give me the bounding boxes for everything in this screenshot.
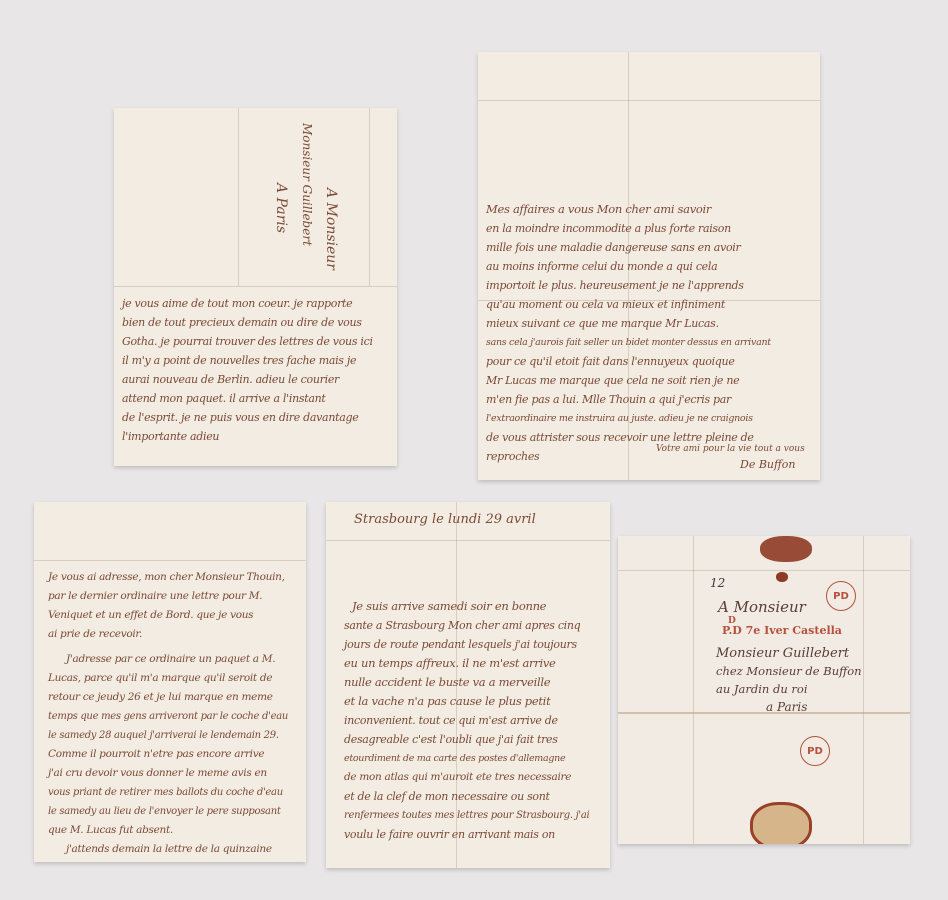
fold-line [618,712,910,714]
letter-bottom-left: Je vous ai adresse, mon cher Monsieur Th… [34,502,306,862]
fold-line [478,100,820,101]
wax-seal-bottom [750,802,812,844]
address-line: Monsieur Guillebert [300,123,314,246]
letter-body: je vous aime de tout mon coeur. je rappo… [122,294,373,446]
address-line: A Paris [273,183,289,233]
letter-number: 12 [710,576,725,590]
letter-bottom-middle: Strasbourg le lundi 29 avril Je suis arr… [326,502,610,868]
fold-line [34,560,306,561]
letter-closing: Votre ami pour la vie tout a vous [656,444,805,454]
address-block: A Monsieur Monsieur Guillebert A Paris [244,118,364,283]
letter-body: Je vous ai adresse, mon cher Monsieur Th… [48,568,288,859]
letter-body: Je suis arrive samedi soir en bonne sant… [344,597,589,844]
fold-line [863,536,864,844]
fold-line [114,286,397,287]
fold-line [693,536,694,844]
fold-line [238,108,239,286]
fold-line [618,570,910,571]
wax-seal-top [760,536,812,562]
address-line: a Paris [766,700,807,714]
letter-heading: Strasbourg le lundi 29 avril [354,512,536,527]
address-line: au Jardin du roi [716,682,808,696]
pd-postmark-stamp: PD [826,581,856,611]
signature: De Buffon [740,458,796,471]
wax-seal-drip [776,572,788,582]
fold-line [369,108,370,286]
address-line: chez Monsieur de Buffon [716,664,862,678]
address-line: A Monsieur [718,598,806,616]
postmark-text: P.D 7e Iver Castella [722,624,842,637]
letter-body: Mes affaires a vous Mon cher ami savoir … [486,200,771,466]
letter-bottom-right: 12 PD A Monsieur D P.D 7e Iver Castella … [618,536,910,844]
fold-line [326,540,610,541]
address-line: A Monsieur [323,188,339,270]
letter-top-right: Mes affaires a vous Mon cher ami savoir … [478,52,820,480]
address-line: Monsieur Guillebert [716,646,849,661]
letter-top-left: A Monsieur Monsieur Guillebert A Paris j… [114,108,397,466]
pd-postmark-stamp: PD [800,736,830,766]
